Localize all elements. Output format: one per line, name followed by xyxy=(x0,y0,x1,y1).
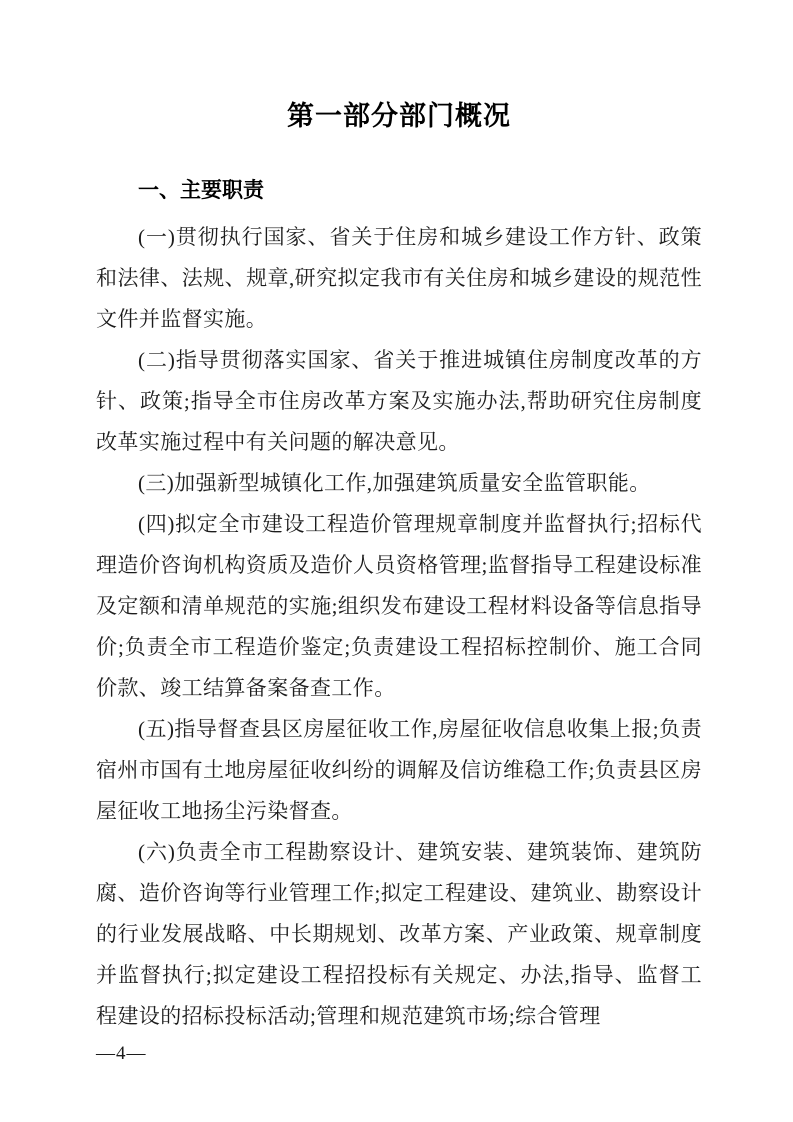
paragraph-4: (四)拟定全市建设工程造价管理规章制度并监督执行;招标代理造价咨询机构资质及造价… xyxy=(96,504,702,709)
page-content: 第一部分部门概况 一、主要职责 (一)贯彻执行国家、省关于住房和城乡建设工作方针… xyxy=(96,0,702,1037)
body-paragraphs: (一)贯彻执行国家、省关于住房和城乡建设工作方针、政策和法律、法规、规章,研究拟… xyxy=(96,217,702,1037)
section-heading: 一、主要职责 xyxy=(96,179,702,202)
document-page: 第一部分部门概况 一、主要职责 (一)贯彻执行国家、省关于住房和城乡建设工作方针… xyxy=(0,0,793,1122)
page-number: —4— xyxy=(96,1043,147,1065)
paragraph-5: (五)指导督查县区房屋征收工作,房屋征收信息收集上报;负责宿州市国有土地房屋征收… xyxy=(96,709,702,832)
paragraph-3: (三)加强新型城镇化工作,加强建筑质量安全监管职能。 xyxy=(96,463,702,504)
paragraph-6: (六)负责全市工程勘察设计、建筑安装、建筑装饰、建筑防腐、造价咨询等行业管理工作… xyxy=(96,832,702,1037)
paragraph-1: (一)贯彻执行国家、省关于住房和城乡建设工作方针、政策和法律、法规、规章,研究拟… xyxy=(96,217,702,340)
document-title: 第一部分部门概况 xyxy=(96,0,702,133)
paragraph-2: (二)指导贯彻落实国家、省关于推进城镇住房制度改革的方针、政策;指导全市住房改革… xyxy=(96,340,702,463)
